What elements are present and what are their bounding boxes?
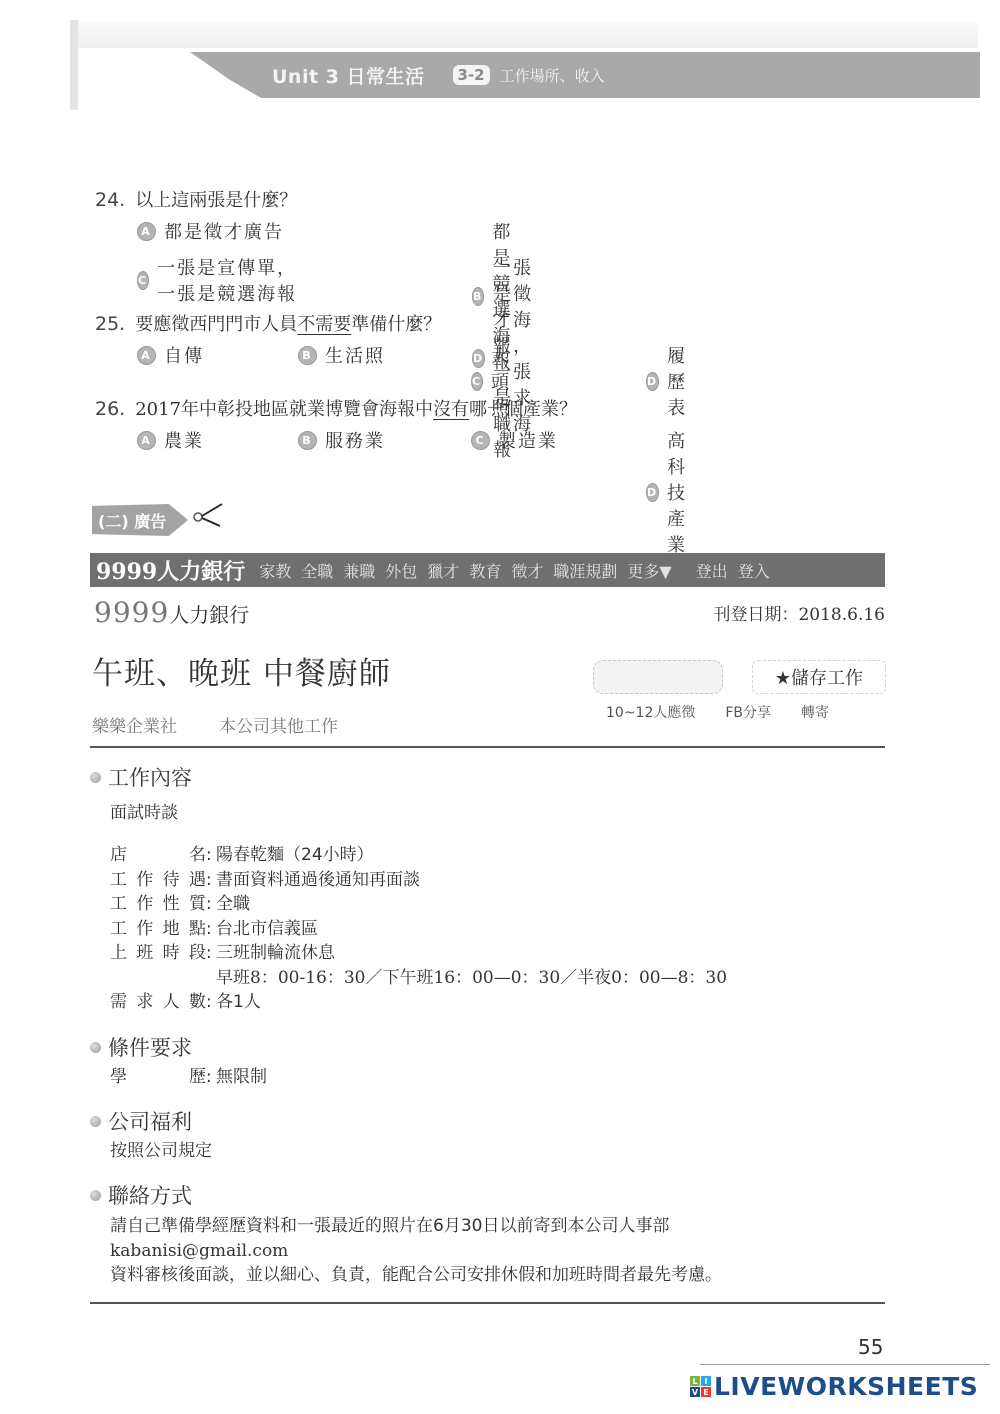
scan-top-strip — [78, 22, 978, 48]
applicant-count: 10~12人應徵 — [606, 702, 695, 722]
field-store-name: 店 名:陽春乾麵（24小時） — [110, 843, 727, 868]
nav-career-planning[interactable]: 職涯規劃 — [553, 559, 617, 582]
nav-fulltime[interactable]: 全職 — [301, 559, 333, 582]
option-d[interactable]: D高科技產業 — [646, 427, 693, 557]
divider — [90, 1302, 885, 1304]
question-number: 25. — [95, 313, 125, 335]
option-text: 自傳 — [164, 342, 204, 368]
bullet-icon — [90, 1042, 101, 1053]
publish-date: 刊登日期：2018.6.16 — [713, 600, 885, 625]
liveworksheets-logo: L I V E LIVEWORKSHEETS — [690, 1372, 978, 1401]
nav-headhunt[interactable]: 獵才 — [427, 559, 459, 582]
question-text: 以上這兩張是什麼？ — [135, 186, 297, 212]
save-job-button[interactable]: ★儲存工作 — [752, 660, 886, 694]
field-headcount: 需求人數:各1人 — [110, 990, 727, 1015]
option-bubble-a-icon: A — [137, 431, 156, 450]
section-heading-requirements: 條件要求 — [90, 1032, 192, 1062]
option-text: 一張是宣傳單，一張是競選海報 — [157, 254, 297, 306]
nav-outsource[interactable]: 外包 — [385, 559, 417, 582]
fb-share-link[interactable]: FB分享 — [725, 702, 771, 722]
section-heading-benefits: 公司福利 — [90, 1106, 192, 1136]
field-location: 工作地點:台北市信義區 — [110, 917, 727, 942]
section-title: 工作場所、收入 — [500, 65, 605, 86]
question-26: 26. 2017年中彰投地區就業博覽會海報中沒有哪一個產業？ A農業 B服務業 … — [95, 395, 577, 463]
contact-line-3: 資料審核後面談，並以細心、負責，能配合公司安排休假和加班時間者最先考慮。 — [110, 1263, 722, 1288]
emphasis-underline: 不需要 — [297, 314, 351, 335]
option-text: 服務業 — [325, 427, 385, 453]
option-bubble-b-icon: B — [298, 431, 317, 450]
benefits-text: 按照公司規定 — [110, 1139, 212, 1164]
bullet-icon — [90, 772, 101, 783]
page-number: 55 — [858, 1335, 883, 1359]
job-detail-fields: 店 名:陽春乾麵（24小時） 工作待遇:書面資料通過後通知再面談 工作性質:全職… — [110, 843, 727, 1015]
option-bubble-d-icon: D — [646, 483, 659, 502]
nav-more-dropdown[interactable]: 更多▼ — [627, 559, 671, 582]
contact-text: 請自己準備學經歷資料和一張最近的照片在6月30日以前寄到本公司人事部 kaban… — [110, 1214, 722, 1288]
field-salary: 工作待遇:書面資料通過後通知再面談 — [110, 868, 727, 893]
apply-button-blurred[interactable] — [593, 660, 723, 694]
section-badge: 3-2 — [453, 65, 490, 85]
option-d[interactable]: D履歷表 — [646, 342, 693, 420]
question-number: 24. — [95, 189, 125, 211]
nav-parttime[interactable]: 兼職 — [343, 559, 375, 582]
field-job-type: 工作性質:全職 — [110, 892, 727, 917]
option-c[interactable]: C製造業 — [471, 427, 558, 453]
unit-title: Unit 3 日常生活 — [272, 62, 425, 89]
option-bubble-c-icon: C — [137, 271, 149, 290]
job-stats: 10~12人應徵 FB分享 轉寄 — [606, 702, 829, 722]
question-text: 2017年中彰投地區就業博覽會海報中沒有哪一個產業？ — [135, 395, 577, 421]
contact-line-1: 請自己準備學經歷資料和一張最近的照片在6月30日以前寄到本公司人事部 — [110, 1214, 722, 1239]
nav-recruit[interactable]: 徵才 — [511, 559, 543, 582]
site-name: 9999人力銀行 — [94, 596, 249, 629]
ad-section-tag: (二) 廣告 — [92, 504, 188, 536]
question-25: 25. 要應徵西門門市人員不需要準備什麼？ A自傳 B生活照 C大頭照 D履歷表 — [95, 310, 441, 378]
option-bubble-b-icon: B — [298, 346, 317, 365]
option-text: 農業 — [164, 427, 204, 453]
option-bubble-d-icon: D — [646, 372, 659, 391]
section-heading-contact: 聯絡方式 — [90, 1180, 192, 1210]
requirement-fields: 學 歷:無限制 — [110, 1065, 267, 1090]
option-b[interactable]: B生活照 — [298, 342, 385, 368]
divider — [90, 746, 885, 748]
emphasis-underline: 沒有 — [433, 399, 469, 420]
question-24: 24. 以上這兩張是什麼？ A 都是徵才廣告 B 都是競選海報 C 一張是宣傳單… — [95, 186, 297, 290]
option-a[interactable]: A自傳 — [137, 342, 204, 368]
company-row: 樂樂企業社本公司其他工作 — [92, 712, 338, 737]
option-bubble-c-icon: C — [471, 431, 490, 450]
contact-email-link[interactable]: kabanisi@gmail.com — [110, 1239, 722, 1264]
option-a[interactable]: A農業 — [137, 427, 204, 453]
bullet-icon — [90, 1116, 101, 1127]
nav-education[interactable]: 教育 — [469, 559, 501, 582]
unit-banner: Unit 3 日常生活 3-2 工作場所、收入 — [190, 52, 980, 98]
field-shift: 上班時段:三班制輪流休息 — [110, 941, 727, 966]
scissors-icon — [190, 500, 224, 530]
shift-detail: 早班8：00-16：30／下午班16：00—0：30／半夜0：00—8：30 — [110, 966, 727, 991]
company-name-link[interactable]: 樂樂企業社 — [92, 717, 177, 737]
job-site-navbar: 9999人力銀行 家教 全職 兼職 外包 獵才 教育 徵才 職涯規劃 更多▼ 登… — [90, 553, 885, 587]
liveworksheets-icon: L I V E — [690, 1376, 711, 1397]
option-text: 履歷表 — [667, 342, 693, 420]
option-text: 製造業 — [498, 427, 558, 453]
option-text: 高科技產業 — [667, 427, 693, 557]
option-bubble-c-icon: C — [471, 372, 483, 391]
option-bubble-a-icon: A — [137, 346, 156, 365]
logout-link[interactable]: 登出 — [696, 559, 728, 582]
option-c[interactable]: C 一張是宣傳單，一張是競選海報 — [137, 254, 297, 306]
job-content-intro: 面試時談 — [110, 801, 178, 826]
job-title: 午班、晚班 中餐廚師 — [92, 648, 391, 693]
other-jobs-link[interactable]: 本公司其他工作 — [219, 717, 338, 737]
question-text: 要應徵西門門市人員不需要準備什麼？ — [135, 310, 441, 336]
scan-edge — [70, 20, 78, 110]
footer-rule — [700, 1364, 990, 1365]
bullet-icon — [90, 1190, 101, 1201]
option-a[interactable]: A 都是徵才廣告 — [137, 218, 284, 244]
field-education: 學 歷:無限制 — [110, 1065, 267, 1090]
login-link[interactable]: 登入 — [738, 559, 770, 582]
option-bubble-a-icon: A — [137, 222, 156, 241]
nav-tutor[interactable]: 家教 — [259, 559, 291, 582]
site-brand-logo[interactable]: 9999人力銀行 — [96, 555, 245, 586]
option-text: 生活照 — [325, 342, 385, 368]
option-text: 都是徵才廣告 — [164, 218, 284, 244]
section-heading-job-content: 工作內容 — [90, 762, 192, 792]
forward-link[interactable]: 轉寄 — [801, 702, 829, 722]
liveworksheets-wordmark: LIVEWORKSHEETS — [714, 1372, 978, 1401]
option-b[interactable]: B服務業 — [298, 427, 385, 453]
question-number: 26. — [95, 398, 125, 420]
